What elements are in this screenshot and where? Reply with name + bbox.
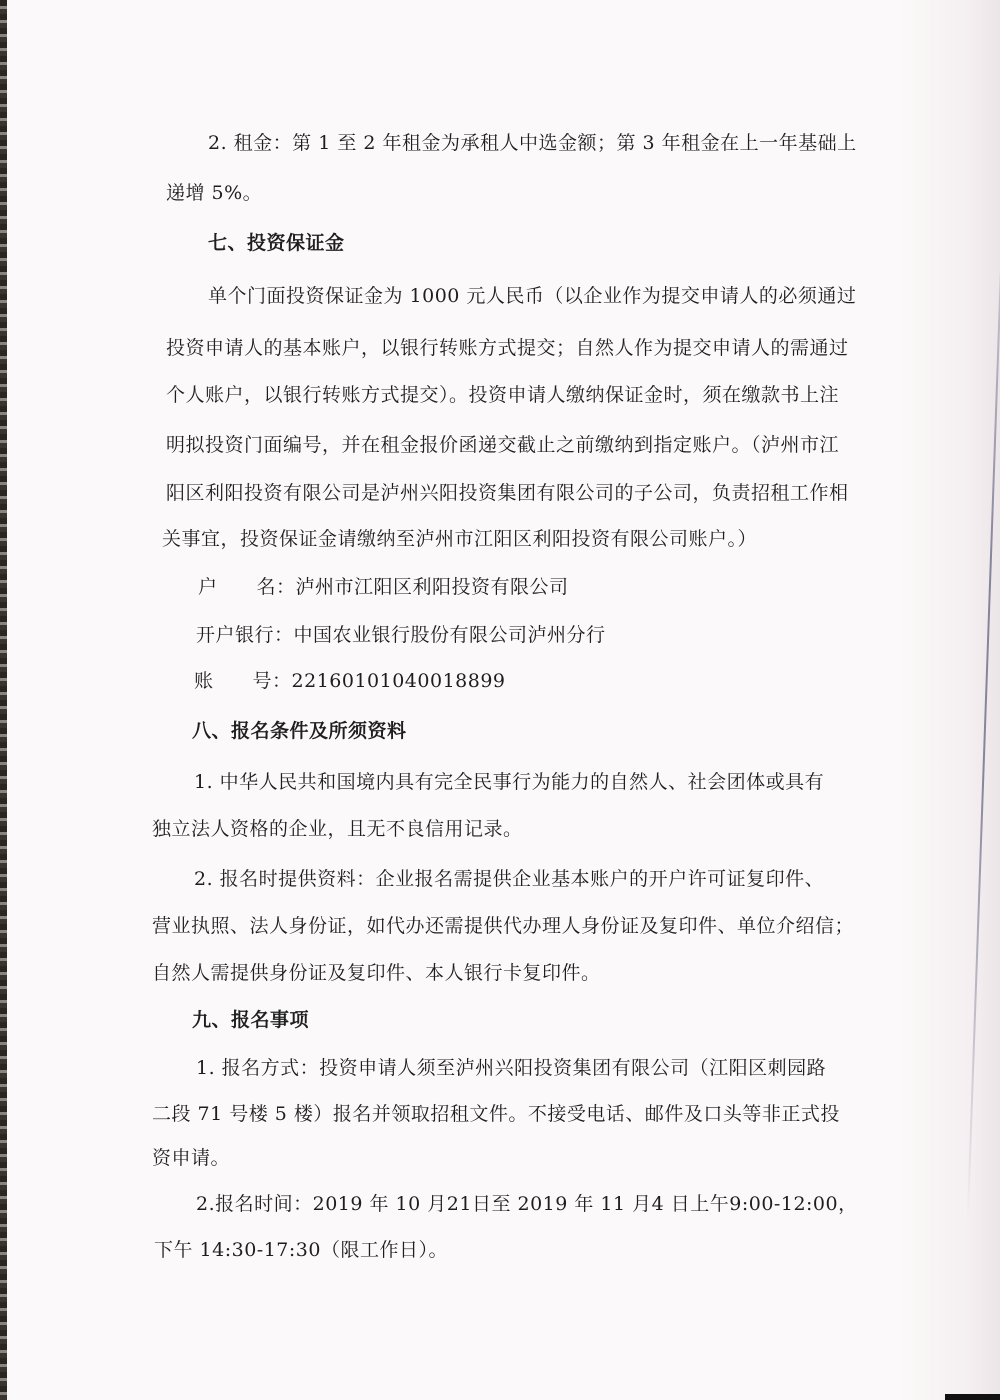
account-name-label: 户 名： [198, 576, 296, 598]
section-9-item-2-line: 下午 14:30-17:30（限工作日）。 [154, 1235, 448, 1262]
scan-bottom-mark [945, 1394, 1000, 1400]
section-8-heading: 八、报名条件及所须资料 [192, 716, 407, 743]
rent-item-line-2: 递增 5%。 [166, 178, 262, 205]
account-name-value: 泸州市江阳区利阳投资有限公司 [296, 576, 569, 598]
section-8-item-2-line: 营业执照、法人身份证，如代办还需提供代办理人身份证及复印件、单位介绍信； [152, 911, 854, 938]
account-bank-value: 中国农业银行股份有限公司泸州分行 [294, 624, 606, 646]
section-7-paragraph-line: 单个门面投资保证金为 1000 元人民币（以企业作为提交申请人的必须通过 [208, 281, 856, 308]
section-9-item-1-line: 资申请。 [152, 1143, 230, 1170]
section-7-paragraph-line: 阳区利阳投资有限公司是泸州兴阳投资集团有限公司的子公司，负责招租工作相 [166, 478, 849, 505]
account-number-label: 账 号： [194, 670, 292, 692]
section-8-item-2-line: 2. 报名时提供资料：企业报名需提供企业基本账户的开户许可证复印件、 [194, 864, 824, 891]
account-bank-label: 开户银行： [196, 624, 294, 646]
account-number-row: 账 号：22160101040018899 [194, 666, 506, 693]
section-7-heading: 七、投资保证金 [208, 228, 345, 255]
section-9-item-2-line: 2.报名时间：2019 年 10 月21日至 2019 年 11 月4 日上午9… [196, 1189, 858, 1216]
section-7-paragraph-line: 投资申请人的基本账户，以银行转账方式提交；自然人作为提交申请人的需通过 [166, 333, 849, 360]
section-7-paragraph-line: 明拟投资门面编号，并在租金报价函递交截止之前缴纳到指定账户。（泸州市江 [166, 430, 839, 457]
section-9-item-1-line: 二段 71 号楼 5 楼）报名并领取招租文件。不接受电话、邮件及口头等非正式投 [152, 1099, 840, 1126]
section-9-item-1-line: 1. 报名方式：投资申请人须至泸州兴阳投资集团有限公司（江阳区刺园路 [196, 1053, 826, 1080]
account-number-value: 22160101040018899 [292, 670, 506, 692]
account-name-row: 户 名：泸州市江阳区利阳投资有限公司 [198, 572, 569, 599]
section-8-item-2-line: 自然人需提供身份证及复印件、本人银行卡复印件。 [152, 958, 601, 985]
section-9-heading: 九、报名事项 [192, 1005, 309, 1032]
section-7-paragraph-line: 关事宜，投资保证金请缴纳至泸州市江阳区利阳投资有限公司账户。） [162, 524, 757, 551]
section-8-item-1-line: 1. 中华人民共和国境内具有完全民事行为能力的自然人、社会团体或具有 [194, 767, 824, 794]
section-7-paragraph-line: 个人账户，以银行转账方式提交）。投资申请人缴纳保证金时，须在缴款书上注 [166, 380, 839, 407]
section-8-item-1-line: 独立法人资格的企业，且无不良信用记录。 [152, 814, 523, 841]
account-bank-row: 开户银行：中国农业银行股份有限公司泸州分行 [196, 620, 606, 647]
rent-item-line-1: 2. 租金：第 1 至 2 年租金为承租人中选金额；第 3 年租金在上一年基础上 [208, 128, 857, 155]
scan-left-edge [0, 0, 7, 1400]
